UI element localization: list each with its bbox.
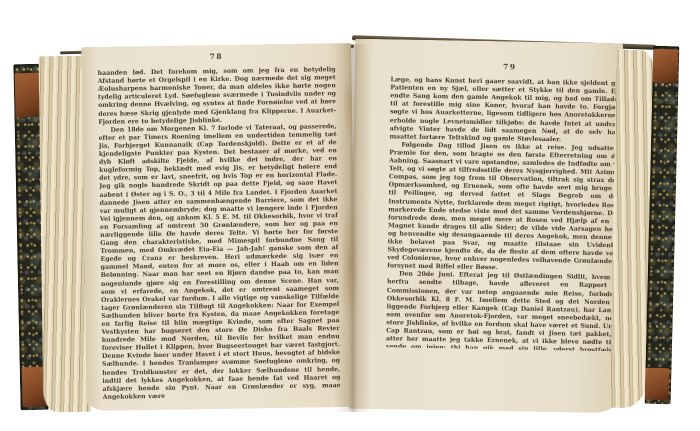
- right-page-number: 79: [391, 61, 623, 73]
- book-photo: 78 haanden lød. Det forekom mig, som om …: [0, 0, 700, 431]
- right-page: 79 Læge, og hans Kunst heri gaaer saavid…: [349, 39, 623, 414]
- paragraph: Den 18de om Morgenen Kl. 7 forlode vi Ta…: [98, 123, 340, 402]
- paragraph: haanden lød. Det forekom mig, som om jeg…: [98, 66, 337, 126]
- paragraph: Følgende Dag tillod Jisen os ikke at rei…: [387, 141, 623, 275]
- right-top-leather-corner: [652, 49, 678, 84]
- paragraph: Den 20de Juni. Efterat jeg til Østlændin…: [386, 271, 623, 352]
- left-page-number: 78: [97, 51, 335, 63]
- right-bottom-leather-corner: [645, 368, 670, 401]
- right-page-text: 79 Læge, og hans Kunst heri gaaer saavid…: [386, 61, 623, 351]
- gutter-stain: [343, 70, 355, 140]
- paragraph: Læge, og hans Kunst heri gaaer saavidt, …: [389, 76, 623, 145]
- gutter-stain: [341, 200, 359, 330]
- left-top-leather-corner: [15, 73, 42, 118]
- left-page: 78 haanden lød. Det forekom mig, som om …: [81, 43, 357, 411]
- left-page-paragraphs: haanden lød. Det forekom mig, som om jeg…: [98, 66, 341, 402]
- left-page-text: 78 haanden lød. Det forekom mig, som om …: [97, 51, 340, 403]
- right-page-paragraphs: Læge, og hans Kunst heri gaaer saavidt, …: [386, 76, 623, 351]
